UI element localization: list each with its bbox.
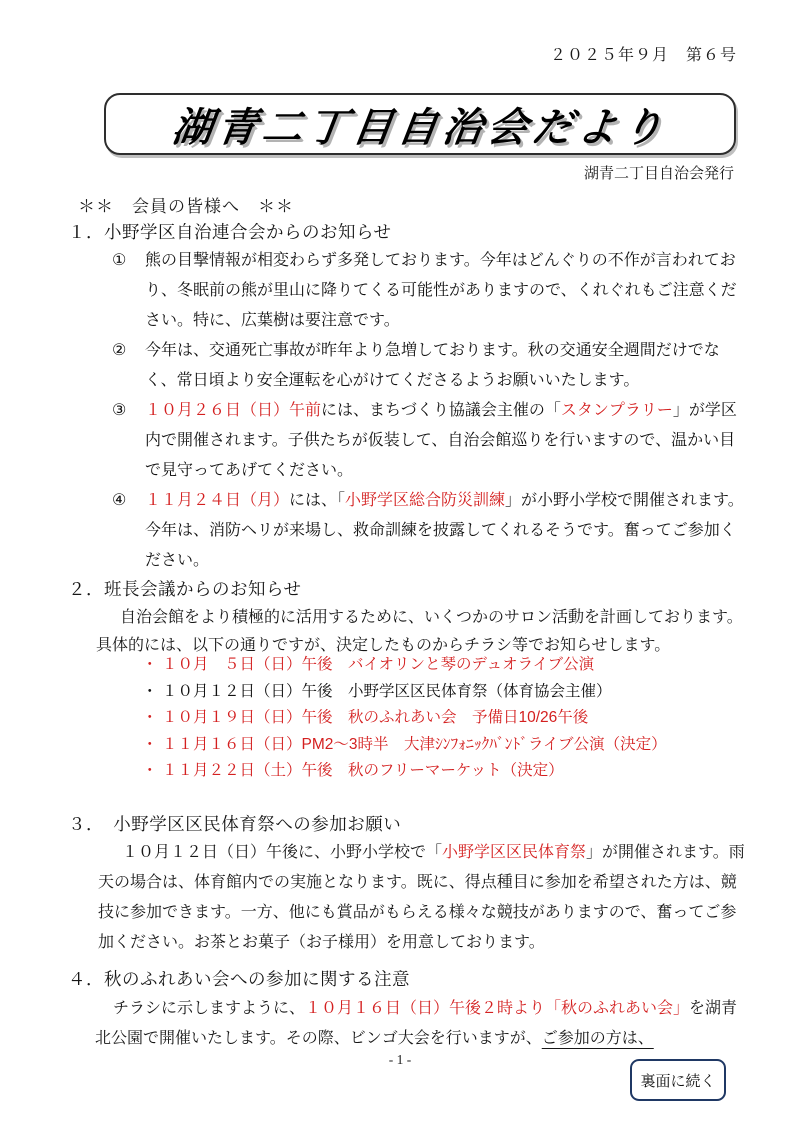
event-text: １１月１６日（日）PM2～3時半 大津ｼﾝﾌｫﾆｯｸﾊﾞﾝﾄﾞライブ公演（決定）: [162, 732, 667, 759]
section2-heading: ２．班長会議からのお知らせ: [68, 576, 301, 601]
section1-notice-list: ① 熊の目撃情報が相変わらず多発しております。今年はどんぐりの不作が言われており…: [112, 246, 748, 576]
event-row-4: ・ １１月１６日（日）PM2～3時半 大津ｼﾝﾌｫﾆｯｸﾊﾞﾝﾄﾞライブ公演（決…: [142, 732, 667, 759]
event-text: １０月 ５日（日）午後 バイオリンと琴のデュオライブ公演: [162, 652, 594, 679]
continue-box: 裏面に続く: [630, 1059, 726, 1101]
bullet-icon: ・: [142, 679, 162, 706]
event-row-3: ・ １０月１９日（日）午後 秋のふれあい会 予備日10/26午後: [142, 705, 667, 732]
text-segment: 小野学区総合防災訓練: [345, 492, 505, 509]
section4-heading: ４．秋のふれあい会への参加に関する注意: [68, 966, 410, 991]
item-text: １１月２４日（月）には、「小野学区総合防災訓練」が小野小学校で開催されます。今年…: [145, 486, 748, 576]
text-segment: には、まちづくり協議会主催の「: [321, 402, 561, 419]
newsletter-title: 湖青二丁目自治会だより: [168, 96, 671, 153]
item-marker: ②: [112, 336, 145, 396]
event-text: １１月２２日（土）午後 秋のフリーマーケット（決定）: [162, 758, 564, 785]
bullet-icon: ・: [142, 758, 162, 785]
event-text: １０月１９日（日）午後 秋のふれあい会 予備日10/26午後: [162, 705, 588, 732]
bullet-icon: ・: [142, 732, 162, 759]
issue-date: ２０２５年９月 第６号: [550, 42, 737, 65]
event-row-2: ・ １０月１２日（日）午後 小野学区区民体育祭（体育協会主催）: [142, 679, 667, 706]
text-segment: チラシに示しますように、: [113, 1000, 305, 1017]
section1-heading: １．小野学区自治連合会からのお知らせ: [68, 219, 391, 244]
event-row-1: ・ １０月 ５日（日）午後 バイオリンと琴のデュオライブ公演: [142, 652, 667, 679]
item-text: １０月２６日（日）午前には、まちづくり協議会主催の「スタンプラリー」が学区内で開…: [145, 396, 748, 486]
publisher-line: 湖青二丁目自治会発行: [584, 162, 734, 183]
item-marker: ③: [112, 396, 145, 486]
greeting-line: ＊＊ 会員の皆様へ ＊＊: [78, 192, 294, 217]
event-text: １０月１２日（日）午後 小野学区区民体育祭（体育協会主催）: [162, 679, 612, 706]
item-text: 今年は、交通死亡事故が昨年より急増しております。秋の交通安全週間だけでなく、常日…: [145, 336, 748, 396]
event-list: ・ １０月 ５日（日）午後 バイオリンと琴のデュオライブ公演 ・ １０月１２日（…: [142, 652, 667, 785]
text-segment: 熊の目撃情報が相変わらず多発しております。今年はどんぐりの不作が言われており、冬…: [145, 252, 737, 329]
item-marker: ①: [112, 246, 145, 336]
notice-item-2: ② 今年は、交通死亡事故が昨年より急増しております。秋の交通安全週間だけでなく、…: [112, 336, 748, 396]
text-segment: １１月２４日（月）: [145, 492, 289, 509]
bullet-icon: ・: [142, 705, 162, 732]
text-segment: １０月１６日（日）午後２時より「秋のふれあい会」: [305, 1000, 689, 1017]
event-row-5: ・ １１月２２日（土）午後 秋のフリーマーケット（決定）: [142, 758, 667, 785]
item-text: 熊の目撃情報が相変わらず多発しております。今年はどんぐりの不作が言われており、冬…: [145, 246, 748, 336]
text-segment: には、「: [289, 492, 345, 509]
bullet-icon: ・: [142, 652, 162, 679]
text-segment: １０月１２日（日）午後に、小野小学校で「: [122, 844, 442, 861]
section3-heading: ３． 小野学区区民体育祭への参加お願い: [68, 811, 401, 836]
section3-paragraph: １０月１２日（日）午後に、小野小学校で「小野学区区民体育祭」が開催されます。雨天…: [98, 838, 748, 958]
notice-item-3: ③ １０月２６日（日）午前には、まちづくり協議会主催の「スタンプラリー」が学区内…: [112, 396, 748, 486]
continue-label: 裏面に続く: [640, 1070, 715, 1091]
text-segment: スタンプラリー: [561, 402, 673, 419]
newsletter-page: ２０２５年９月 第６号 湖青二丁目自治会だより 湖青二丁目自治会発行 ＊＊ 会員…: [0, 0, 800, 1132]
item-marker: ④: [112, 486, 145, 576]
text-segment: ご参加の方は、: [542, 1030, 654, 1047]
notice-item-4: ④ １１月２４日（月）には、「小野学区総合防災訓練」が小野小学校で開催されます。…: [112, 486, 748, 576]
text-segment: １０月２６日（日）午前: [145, 402, 321, 419]
title-box: 湖青二丁目自治会だより: [104, 93, 736, 155]
text-segment: 今年は、交通死亡事故が昨年より急増しております。秋の交通安全週間だけでなく、常日…: [145, 342, 720, 389]
notice-item-1: ① 熊の目撃情報が相変わらず多発しております。今年はどんぐりの不作が言われており…: [112, 246, 748, 336]
text-segment: 小野学区区民体育祭: [442, 844, 586, 861]
section4-paragraph: チラシに示しますように、１０月１６日（日）午後２時より「秋のふれあい会」を湖青北…: [95, 994, 750, 1054]
